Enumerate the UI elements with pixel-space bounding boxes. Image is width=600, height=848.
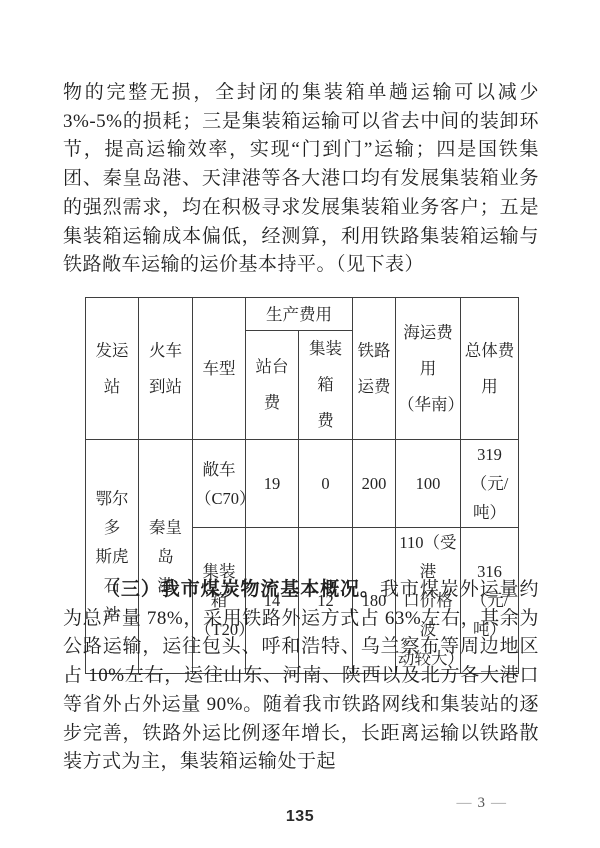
header-train-destination: 火车 到站 [139, 298, 193, 440]
marker-dash-left: — [457, 795, 472, 811]
table-header-row-group: 发运站 火车 到站 车型 生产费用 铁路 运费 海运费用 （华南） 总体费 用 [86, 298, 519, 331]
header-container-fee: 集装箱 费 [299, 331, 353, 440]
marker-dash-right: — [491, 795, 506, 811]
cell-sea-freight-row1: 100 [396, 440, 461, 528]
header-car-type: 车型 [193, 298, 246, 440]
cell-container-fee-row1: 0 [299, 440, 353, 528]
table-row-open-car: 鄂尔多 斯虎石 站 秦皇岛 港 敞车 （C70） 19 0 200 100 31… [86, 440, 519, 528]
cell-rail-freight-row1: 200 [353, 440, 396, 528]
marker-number: 3 [478, 795, 486, 811]
paragraph-coal-logistics-heading: （三）我市煤炭物流基本概况。 [101, 579, 380, 600]
header-platform-fee: 站台费 [246, 331, 299, 440]
cell-car-type-c70: 敞车 （C70） [193, 440, 246, 528]
header-rail-freight: 铁路 运费 [353, 298, 396, 440]
paragraph-coal-logistics-body: 我市煤炭外运量约为总产量 78%，采用铁路外运方式占 63%左右，其余为公路运输… [63, 579, 539, 772]
header-sea-freight: 海运费用 （华南） [396, 298, 461, 440]
paragraph-coal-logistics: （三）我市煤炭物流基本概况。我市煤炭外运量约为总产量 78%，采用铁路外运方式占… [63, 576, 539, 777]
header-production-cost-group: 生产费用 [246, 298, 353, 331]
page-number-marker: —3— [451, 795, 513, 812]
header-departure-station: 发运站 [86, 298, 139, 440]
document-page: 物的完整无损，全封闭的集装箱单趟运输可以减少 3%-5%的损耗；三是集装箱运输可… [0, 0, 600, 848]
cell-platform-fee-row1: 19 [246, 440, 299, 528]
cell-total-cost-row1: 319（元/ 吨） [461, 440, 519, 528]
paragraph-container-transport: 物的完整无损，全封闭的集装箱单趟运输可以减少 3%-5%的损耗；三是集装箱运输可… [63, 79, 539, 280]
header-total-cost: 总体费 用 [461, 298, 519, 440]
